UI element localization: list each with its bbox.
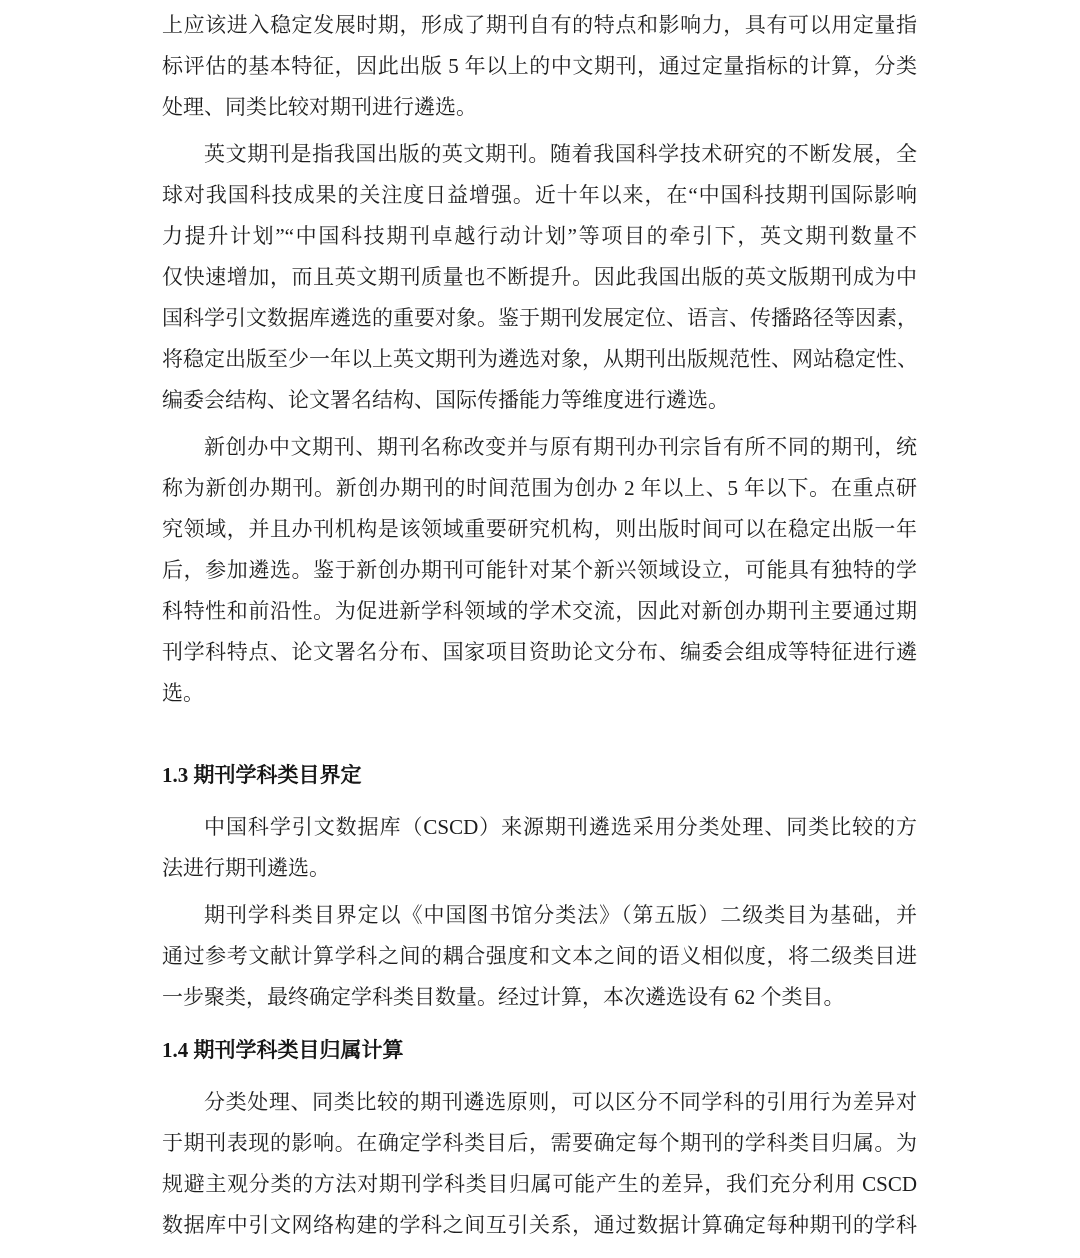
document-page: 上应该进入稳定发展时期，形成了期刊自有的特点和影响力，具有可以用定量指 标评估的… (0, 0, 1080, 1258)
body-text-line: 编委会结构、论文署名结构、国际传播能力等维度进行遴选。 (162, 380, 917, 421)
body-text-line: 处理、同类比较对期刊进行遴选。 (162, 87, 917, 128)
paragraph-5: 期刊学科类目界定以《中国图书馆分类法》（第五版）二级类目为基础，并 通过参考文献… (162, 895, 917, 1018)
paragraph-6: 分类处理、同类比较的期刊遴选原则，可以区分不同学科的引用行为差异对 于期刊表现的… (162, 1082, 917, 1246)
body-text-line: 力提升计划”“中国科技期刊卓越行动计划”等项目的牵引下，英文期刊数量不 (162, 216, 917, 257)
body-text-line: 仅快速增加，而且英文期刊质量也不断提升。因此我国出版的英文版期刊成为中 (162, 257, 917, 298)
body-text-line: 规避主观分类的方法对期刊学科类目归属可能产生的差异，我们充分利用 CSCD (162, 1164, 917, 1205)
text-block: 上应该进入稳定发展时期，形成了期刊自有的特点和影响力，具有可以用定量指 标评估的… (162, 5, 917, 1246)
body-text-line: 称为新创办期刊。新创办期刊的时间范围为创办 2 年以上、5 年以下。在重点研 (162, 468, 917, 509)
body-text-line: 选。 (162, 673, 917, 714)
body-text-line: 一步聚类，最终确定学科类目数量。经过计算，本次遴选设有 62 个类目。 (162, 977, 917, 1018)
body-text-line: 上应该进入稳定发展时期，形成了期刊自有的特点和影响力，具有可以用定量指 (162, 5, 917, 46)
body-text-line: 后，参加遴选。鉴于新创办期刊可能针对某个新兴领域设立，可能具有独特的学 (162, 550, 917, 591)
body-text-line: 新创办中文期刊、期刊名称改变并与原有期刊办刊宗旨有所不同的期刊，统 (162, 427, 917, 468)
body-text-line: 英文期刊是指我国出版的英文期刊。随着我国科学技术研究的不断发展，全 (162, 134, 917, 175)
body-text-line: 究领域，并且办刊机构是该领域重要研究机构，则出版时间可以在稳定出版一年 (162, 509, 917, 550)
paragraph-1: 上应该进入稳定发展时期，形成了期刊自有的特点和影响力，具有可以用定量指 标评估的… (162, 5, 917, 128)
section-heading-1-4: 1.4 期刊学科类目归属计算 (162, 1030, 917, 1071)
paragraph-2: 英文期刊是指我国出版的英文期刊。随着我国科学技术研究的不断发展，全 球对我国科技… (162, 134, 917, 421)
body-text-line: 标评估的基本特征，因此出版 5 年以上的中文期刊，通过定量指标的计算，分类 (162, 46, 917, 87)
body-text-line: 通过参考文献计算学科之间的耦合强度和文本之间的语义相似度，将二级类目进 (162, 936, 917, 977)
body-text-line: 国科学引文数据库遴选的重要对象。鉴于期刊发展定位、语言、传播路径等因素， (162, 298, 917, 339)
body-text-line: 中国科学引文数据库（CSCD）来源期刊遴选采用分类处理、同类比较的方 (162, 807, 917, 848)
paragraph-4: 中国科学引文数据库（CSCD）来源期刊遴选采用分类处理、同类比较的方 法进行期刊… (162, 807, 917, 889)
body-text-line: 科特性和前沿性。为促进新学科领域的学术交流，因此对新创办期刊主要通过期 (162, 591, 917, 632)
paragraph-3: 新创办中文期刊、期刊名称改变并与原有期刊办刊宗旨有所不同的期刊，统 称为新创办期… (162, 427, 917, 714)
section-heading-1-3: 1.3 期刊学科类目界定 (162, 755, 917, 796)
body-text-line: 球对我国科技成果的关注度日益增强。近十年以来，在“中国科技期刊国际影响 (162, 175, 917, 216)
body-text-line: 将稳定出版至少一年以上英文期刊为遴选对象，从期刊出版规范性、网站稳定性、 (162, 339, 917, 380)
body-text-line: 于期刊表现的影响。在确定学科类目后，需要确定每个期刊的学科类目归属。为 (162, 1123, 917, 1164)
body-text-line: 期刊学科类目界定以《中国图书馆分类法》（第五版）二级类目为基础，并 (162, 895, 917, 936)
body-text-line: 刊学科特点、论文署名分布、国家项目资助论文分布、编委会组成等特征进行遴 (162, 632, 917, 673)
body-text-line: 法进行期刊遴选。 (162, 848, 917, 889)
body-text-line: 数据库中引文网络构建的学科之间互引关系，通过数据计算确定每种期刊的学科 (162, 1205, 917, 1246)
body-text-line: 分类处理、同类比较的期刊遴选原则，可以区分不同学科的引用行为差异对 (162, 1082, 917, 1123)
